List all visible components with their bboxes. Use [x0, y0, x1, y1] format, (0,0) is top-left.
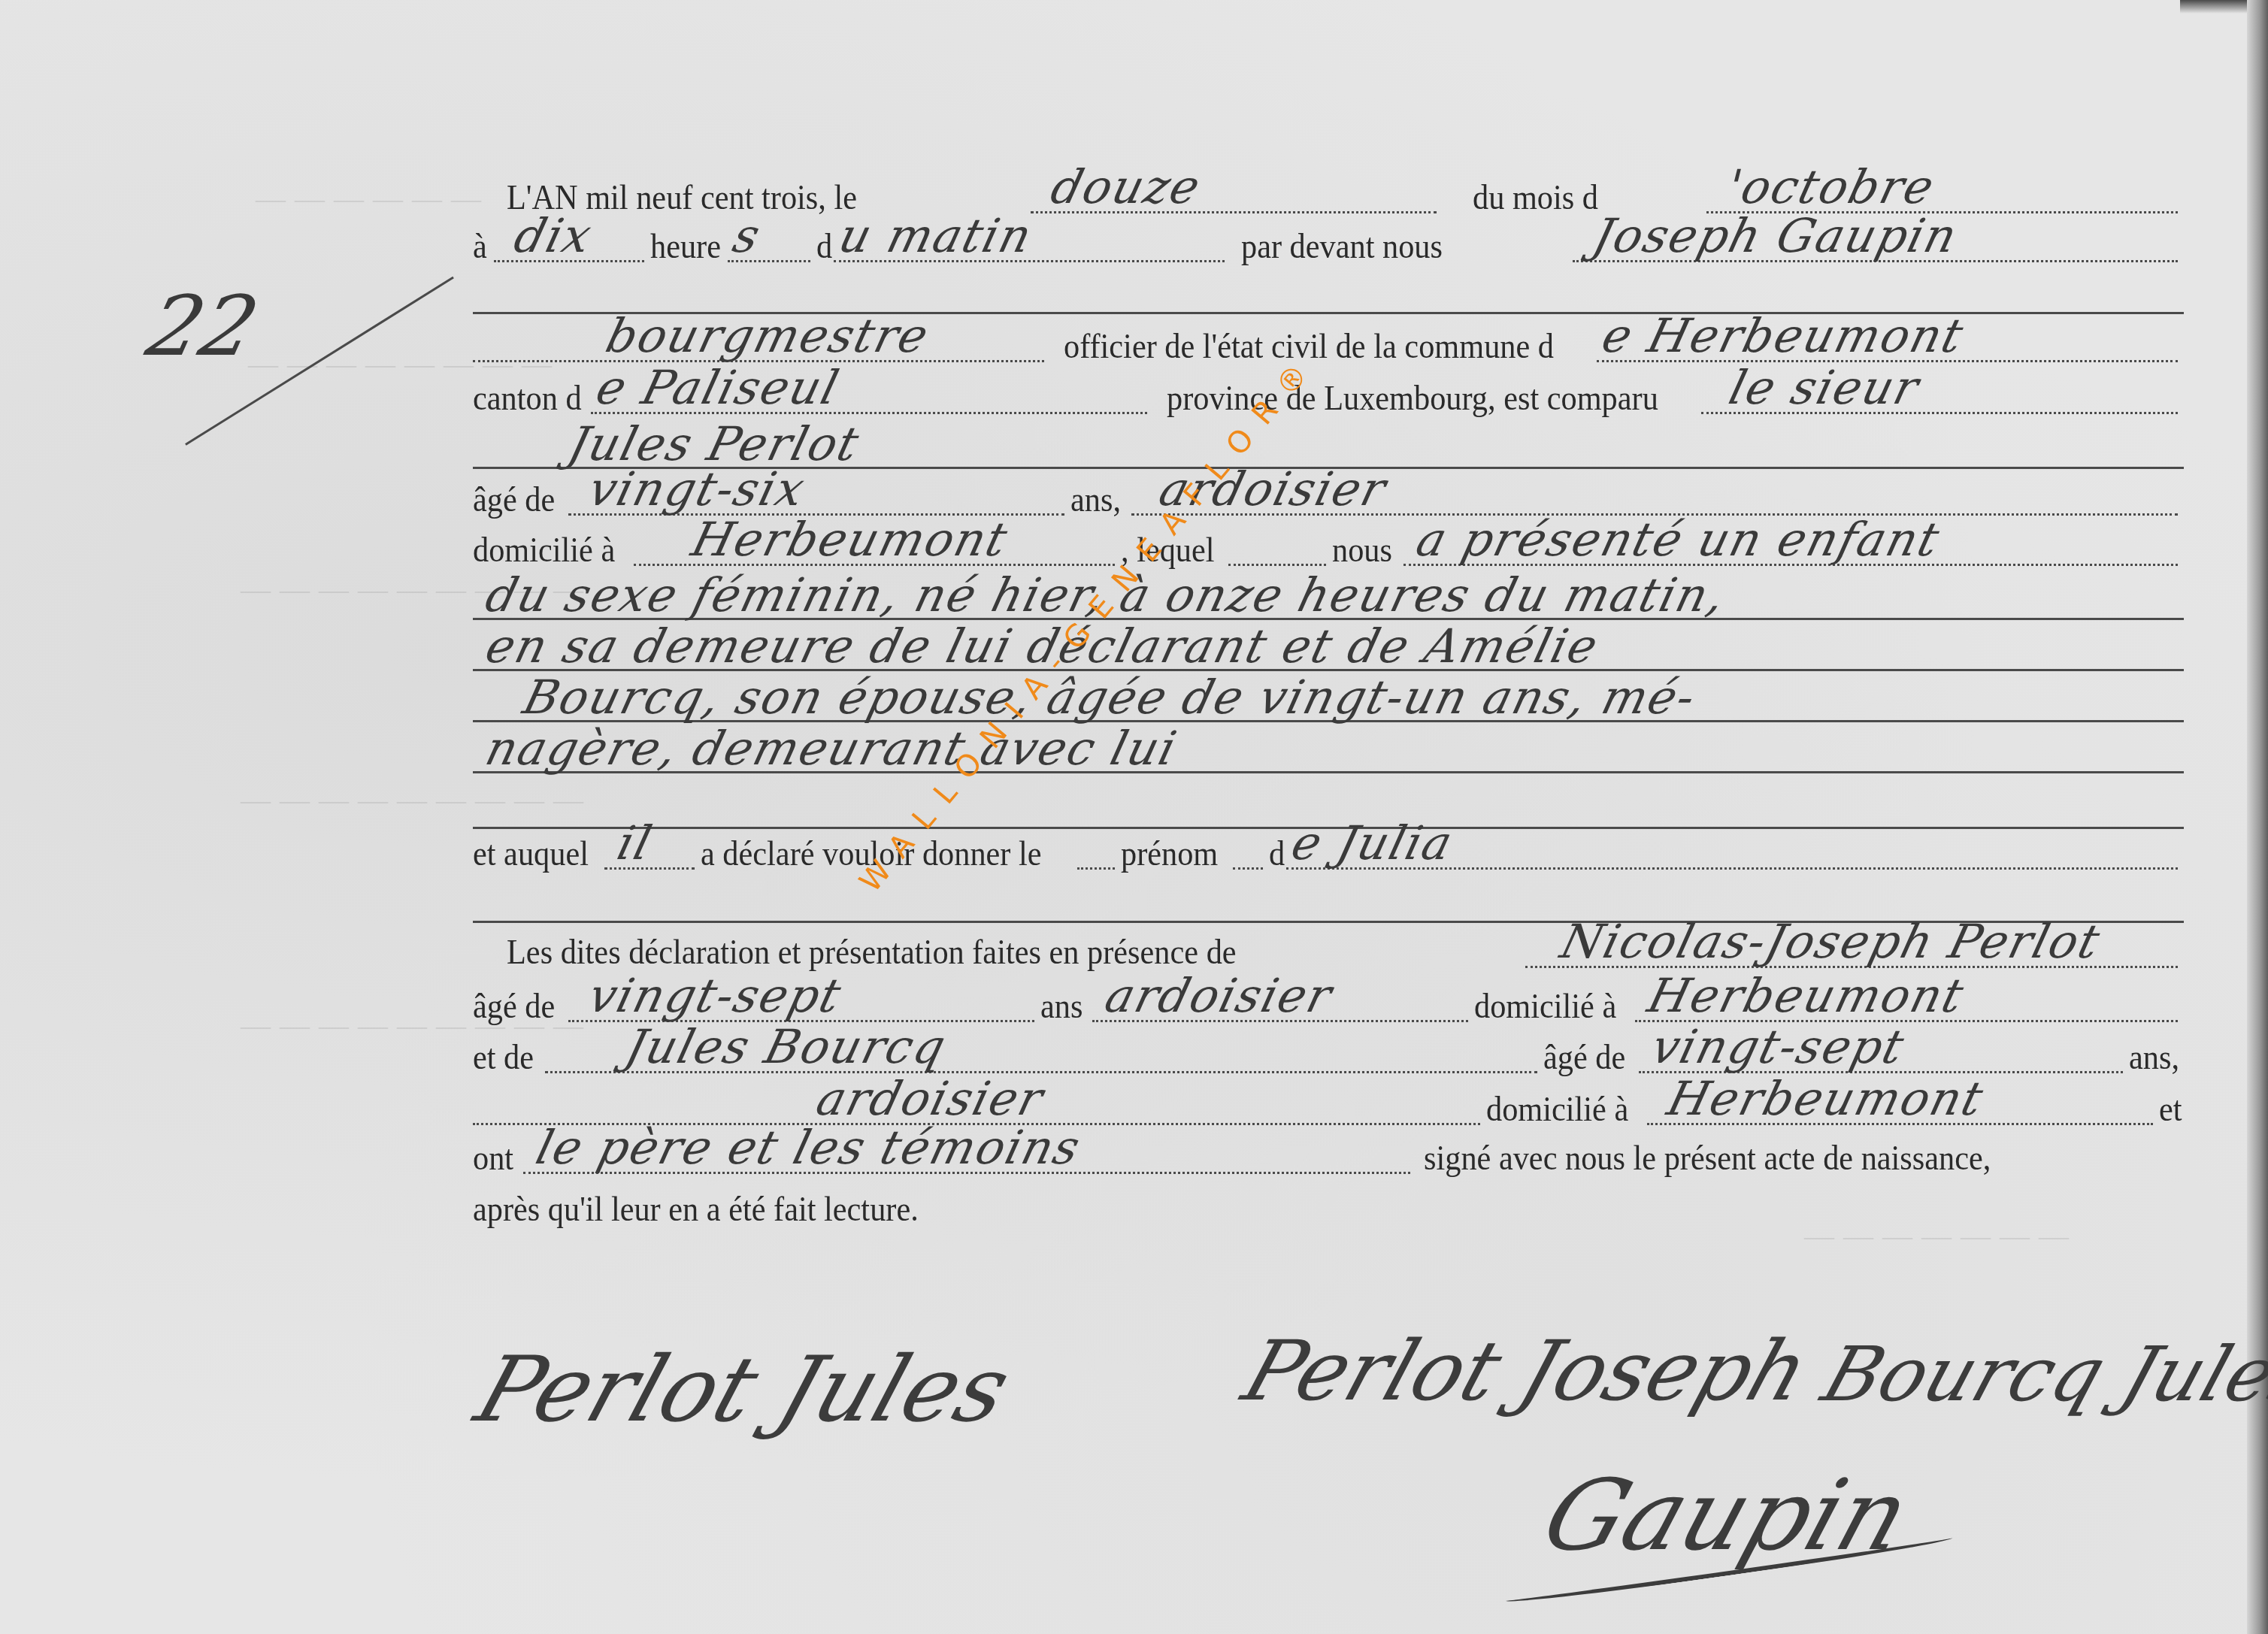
handwritten-signers: le père et les témoins — [531, 1120, 1087, 1175]
field-presented: a présenté un enfant — [1403, 519, 2178, 566]
field-canton: e Paliseul — [591, 367, 1147, 414]
handwritten-text: Bourcq, son épouse, âgée de vingt-un ans… — [518, 670, 1702, 725]
handwritten-hour: dix — [509, 208, 598, 263]
print-text: ans, — [1070, 483, 1121, 520]
handwritten-residence: Herbeumont — [686, 512, 1014, 567]
handwritten-witness2-name: Jules Bourcq — [620, 1019, 952, 1074]
print-text: à — [473, 229, 487, 267]
handwritten-canton: e Paliseul — [591, 360, 845, 415]
line-witnesses: Les dites déclaration et présentation fa… — [473, 920, 2184, 973]
signature-1: Perlot Jules — [464, 1338, 1022, 1442]
handwritten-period: u matin — [834, 208, 1038, 263]
line-reading: après qu'il leur en a été fait lecture. — [473, 1177, 2184, 1230]
handwritten-month: 'octobre — [1721, 159, 1941, 214]
field-witness1-profession: ardoisier — [1092, 975, 1468, 1022]
handwritten-officer-name: Joseph Gaupin — [1588, 208, 1964, 263]
handwritten-witness1-name: Nicolas-Joseph Perlot — [1555, 914, 2106, 969]
field-witness1-age: vingt-sept — [568, 975, 1034, 1022]
print-text: heure — [650, 229, 721, 267]
handwritten-witness2-residence: Herbeumont — [1662, 1071, 1990, 1126]
field-witness2-age: vingt-sept — [1639, 1026, 2123, 1073]
signature-4: Gaupin — [1530, 1458, 1923, 1572]
line-mother-cont: nagère, demeurant avec lui — [473, 719, 2184, 773]
print-text: ans, — [2129, 1040, 2179, 1078]
handwritten-text: nagère, demeurant avec lui — [480, 721, 1183, 776]
handwritten-age: vingt-six — [583, 461, 811, 516]
field-witness1-residence: Herbeumont — [1635, 975, 2178, 1022]
field-day: douze — [1031, 166, 1437, 213]
bleed-through-text: — — — — — — — [256, 180, 482, 216]
handwritten-officer-title: bourgmestre — [601, 308, 935, 363]
handwritten-appearer-title: le sieur — [1724, 360, 1925, 415]
handwritten-witness1-age: vingt-sept — [583, 968, 848, 1023]
signature-2: Perlot Joseph — [1232, 1323, 1820, 1419]
field-month: 'octobre — [1706, 166, 2178, 213]
print-text: et — [2159, 1092, 2182, 1130]
field-hour-suffix: s — [728, 215, 810, 262]
print-text: ont — [473, 1141, 513, 1179]
line-canton: canton d e Paliseul province de Luxembou… — [473, 366, 2184, 419]
line-first-name: et auquel il a déclaré vouloir donner le… — [473, 822, 2184, 874]
print-text: domicilié à — [1486, 1092, 1628, 1130]
handwritten-witness2-profession: ardoisier — [811, 1071, 1050, 1126]
line-residence: domicilié à Herbeumont , lequel nous a p… — [473, 518, 2184, 570]
print-text: Les dites déclaration et présentation fa… — [507, 935, 1237, 973]
field-age: vingt-six — [568, 468, 1064, 516]
print-text: après qu'il leur en a été fait lecture. — [473, 1192, 919, 1230]
line-hour: à dix heure s d u matin par devant nous … — [473, 214, 2184, 267]
field-pronoun: il — [604, 822, 695, 870]
print-text: province de Luxembourg, est comparu — [1167, 381, 1658, 419]
handwritten-commune: e Herbeumont — [1597, 308, 1970, 363]
line-officer: bourgmestre officier de l'état civil de … — [473, 314, 2184, 367]
print-text: prénom — [1121, 837, 1218, 874]
field-appearer-title: le sieur — [1701, 367, 2178, 414]
field-officer-name: Joseph Gaupin — [1573, 215, 2178, 262]
line-child-sex: du sexe féminin, né hier, à onze heures … — [473, 565, 2184, 620]
field-period: u matin — [834, 215, 1225, 262]
handwritten-pronoun: il — [612, 815, 659, 870]
field-blank — [1228, 519, 1326, 566]
print-text: par devant nous — [1241, 229, 1443, 267]
field-signers: le père et les témoins — [523, 1127, 1410, 1174]
signature-3: Bourcq Jules — [1812, 1330, 2268, 1418]
print-text: âgé de — [473, 989, 555, 1027]
field-first-name: e Julia — [1286, 822, 2178, 870]
register-page: — — — — — — — — — — — — — — — — — — — — … — [0, 0, 2268, 1634]
bleed-through-text: — — — — — — — — — — [241, 782, 584, 817]
line-signers: ont le père et les témoins signé avec no… — [473, 1126, 2184, 1179]
print-text: canton d — [473, 381, 582, 419]
print-text: et auquel — [473, 837, 589, 874]
handwritten-witness1-residence: Herbeumont — [1643, 968, 1970, 1023]
field-blank — [1077, 822, 1115, 870]
line-witness2: et de Jules Bourcq âgé de vingt-sept ans… — [473, 1025, 2184, 1078]
handwritten-suffix: s — [728, 208, 767, 263]
handwritten-witness2-age: vingt-sept — [1646, 1019, 1911, 1074]
print-text: d — [1269, 837, 1285, 874]
print-text: âgé de — [1543, 1040, 1625, 1078]
field-witness2-residence: Herbeumont — [1647, 1078, 2153, 1125]
print-text: d — [816, 229, 832, 267]
field-profession: ardoisier — [1131, 468, 2178, 516]
print-text: ans — [1040, 989, 1083, 1027]
print-text: domicilié à — [1474, 989, 1616, 1027]
handwritten-day: douze — [1046, 159, 1207, 214]
handwritten-presented: a présenté un enfant — [1411, 512, 1946, 567]
print-text: signé avec nous le présent acte de naiss… — [1424, 1141, 1991, 1179]
field-hour: dix — [494, 215, 644, 262]
line-mother: Bourcq, son épouse, âgée de vingt-un ans… — [473, 667, 2184, 722]
field-blank — [1233, 822, 1263, 870]
field-commune: e Herbeumont — [1597, 315, 2178, 362]
field-witness1-name: Nicolas-Joseph Perlot — [1525, 921, 2178, 968]
field-residence: Herbeumont — [634, 519, 1115, 566]
print-text: du mois d — [1473, 180, 1598, 218]
field-officer-title: bourgmestre — [473, 315, 1044, 362]
handwritten-witness1-profession: ardoisier — [1100, 968, 1339, 1023]
handwritten-first-name: e Julia — [1286, 815, 1459, 870]
field-witness2-name: Jules Bourcq — [545, 1026, 1537, 1073]
field-witness2-profession: ardoisier — [473, 1078, 1480, 1125]
print-text: et de — [473, 1040, 534, 1078]
print-text: âgé de — [473, 483, 555, 520]
line-birthplace: en sa demeure de lui déclarant et de Amé… — [473, 616, 2184, 671]
